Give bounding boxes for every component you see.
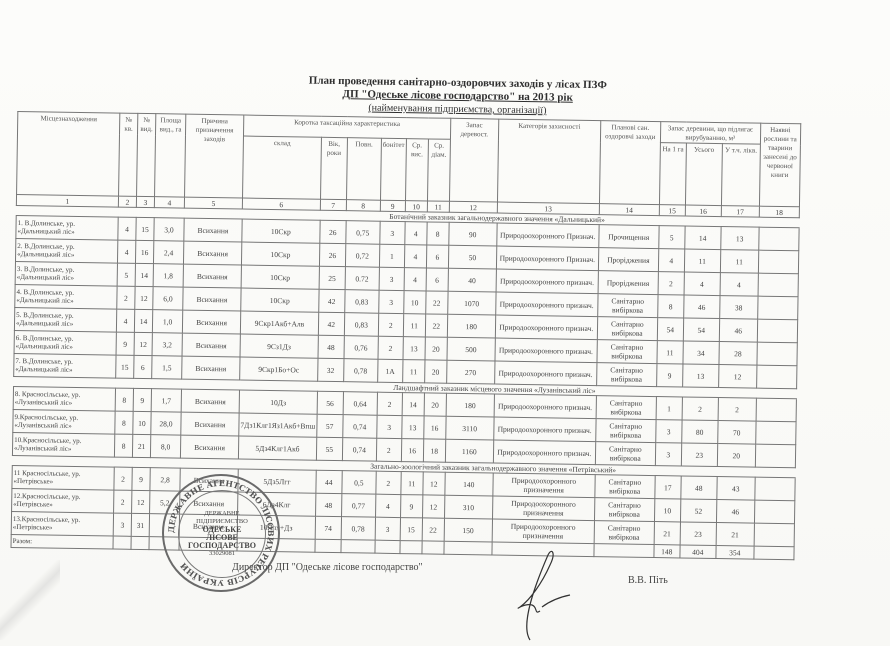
header-total: Усього [685, 143, 722, 206]
cell-loc: 5. В.Долинське, ур. «Дальницький ліс» [14, 307, 116, 332]
cell-red [755, 444, 795, 468]
cell-vyd: 15 [136, 217, 154, 240]
cell-age: 55 [316, 437, 342, 460]
header-age: Вік, роки [320, 137, 347, 199]
cell-per_ha: 21 [654, 522, 680, 545]
cell-reason: Всихання [182, 310, 240, 334]
stamp-code: 33029081 [184, 550, 260, 558]
cell-per_ha: 2 [658, 272, 684, 295]
cell-measure: Проріджения [598, 248, 658, 272]
cell-liq: 12 [718, 365, 756, 389]
cell-h: 15 [400, 518, 422, 541]
cell-reason: Всихання [181, 412, 239, 436]
cell-age: 48 [315, 493, 341, 516]
cell-measure: Санітарно вибіркова [594, 521, 654, 545]
cell-red [757, 319, 797, 343]
cell-total: 48 [681, 476, 717, 500]
cell-area: 3,2 [152, 333, 182, 356]
cell-sklad: 5Дз4Клг1Акб [238, 436, 316, 460]
cell-total: 13 [682, 364, 718, 388]
cell-measure: Санітарно вибіркова [597, 340, 657, 364]
cell-h: 4 [404, 245, 426, 268]
cell-reason: Всихання [183, 241, 241, 265]
cell-total: 54 [683, 318, 719, 342]
stamp-line-4: ГОСПОДАРСТВО [184, 542, 260, 550]
cell-bon: 3 [378, 290, 403, 313]
cell-bon: 3 [377, 415, 402, 438]
cell-kv: 5 [117, 263, 135, 286]
cell-per_ha: 54 [657, 318, 683, 341]
totals-cell-red [754, 546, 794, 560]
cell-povn: 0,5 [342, 471, 376, 495]
cell-zapas: 50 [448, 245, 496, 269]
cell-d: 6 [426, 245, 448, 268]
cell-d: 20 [424, 360, 446, 383]
column-number: 17 [721, 206, 759, 218]
cell-bon: 2 [376, 438, 401, 461]
cell-per_ha: 3 [655, 420, 681, 443]
totals-cell-zapas [444, 541, 492, 555]
cell-liq: 70 [717, 421, 755, 445]
cell-reason: Всихання [183, 264, 241, 288]
cell-cat: Природоохоронного призначення [492, 519, 594, 544]
cell-per_ha: 8 [657, 295, 683, 318]
cell-reason: Всихання [180, 435, 238, 459]
totals-cell-per_ha: 148 [654, 545, 680, 558]
header-area: Площа вид., га [155, 114, 186, 197]
cell-vyd: 14 [134, 309, 152, 332]
totals-cell-loc: Разом: [11, 534, 113, 549]
cell-povn: 0,75 [346, 221, 380, 245]
cell-loc: 11 Красносільське, ур. «Петрівське» [12, 465, 114, 490]
header-avg-diam: Ср. діам. [427, 139, 450, 201]
cell-sklad: 9Скр1Акб+Алв [240, 311, 318, 335]
cell-h: 10 [403, 291, 425, 314]
cell-zapas: 150 [444, 518, 492, 542]
cell-d: 18 [423, 439, 445, 462]
cell-bon: 3 [379, 267, 404, 290]
totals-cell-age [315, 539, 341, 552]
header-per-ha: На 1 га [659, 143, 686, 205]
cell-area: 8,0 [150, 435, 180, 458]
cell-measure: Санітарно вибіркова [595, 419, 655, 443]
cell-age: 42 [318, 312, 344, 335]
column-number: 12 [449, 201, 497, 213]
cell-kv: 8 [115, 411, 133, 434]
cell-d: 22 [422, 518, 444, 541]
cell-cat: Природоохоронного Признач. [496, 246, 598, 271]
cell-d: 20 [424, 393, 446, 416]
cell-vyd: 9 [133, 388, 151, 411]
cell-red [758, 273, 798, 297]
cell-liq: 4 [720, 273, 758, 297]
cell-sklad: 9Скр1Бо+Ос [240, 357, 318, 381]
cell-age: 57 [317, 414, 343, 437]
cell-povn: 0,64 [343, 392, 377, 416]
cell-povn: 0,78 [343, 359, 377, 383]
column-number: 2 [118, 196, 136, 207]
cell-liq: 13 [721, 227, 759, 251]
cell-red [754, 500, 794, 524]
cell-area: 1,0 [152, 310, 182, 333]
cell-zapas: 140 [445, 472, 493, 496]
cell-zapas: 1160 [445, 439, 493, 463]
cell-zapas: 3110 [446, 416, 494, 440]
cell-d: 16 [424, 416, 446, 439]
stamp-center: ДЕРЖАВНЕ ПІДПРИЄМСТВО ОДЕСЬКЕ ЛІСОВЕ ГОС… [184, 510, 260, 558]
cell-h: 4 [404, 268, 426, 291]
scanned-page: План проведення санітарно-оздоровчих зах… [0, 0, 890, 646]
cell-povn: 0,83 [344, 313, 378, 337]
header-kv: № кв. [119, 113, 138, 196]
cell-zapas: 180 [447, 314, 495, 338]
cell-loc: 8. Красносільське, ур. «Лузанівський ліс… [13, 386, 115, 411]
cell-red [756, 365, 796, 389]
cell-sklad: 7Дз1Клг1Яз1Акб+Впш [239, 413, 317, 437]
totals-cell-h [400, 541, 422, 554]
cell-liq: 11 [720, 250, 758, 274]
cell-d: 12 [423, 472, 445, 495]
cell-sklad: 10Скр [241, 288, 319, 312]
cell-d: 6 [426, 268, 448, 291]
cell-bon: 2 [378, 313, 403, 336]
cell-liq: 46 [719, 319, 757, 343]
cell-cat: Природоохоронного признач. [494, 394, 596, 419]
cell-measure: Санітарно вибіркова [595, 475, 655, 499]
cell-vyd: 21 [132, 434, 150, 457]
cell-total: 4 [684, 272, 720, 296]
cell-loc: 12.Красносільське, ур. «Петрівське» [12, 488, 114, 513]
cell-vyd: 31 [131, 513, 149, 536]
table-body: Ботанічний заказник загальнодержавного з… [11, 205, 799, 559]
cell-per_ha: 4 [658, 249, 684, 272]
cell-kv: 8 [114, 434, 132, 457]
column-number: 4 [154, 197, 184, 208]
cell-measure: Санітарно вибіркова [595, 442, 655, 466]
cell-loc: 3. В.Долинське, ур. «Дальницький ліс» [15, 261, 117, 286]
cell-loc: 10.Красносільське, ур. «Лузанівський ліс… [12, 432, 114, 457]
cell-kv: 2 [117, 286, 135, 309]
signature-icon [490, 545, 610, 645]
cell-vyd: 9 [132, 467, 150, 490]
cell-red [758, 250, 798, 274]
cell-area: 2,4 [153, 241, 183, 264]
cell-sklad: 10Дз [239, 390, 317, 414]
totals-cell-kv [113, 536, 131, 549]
cell-age: 25 [319, 266, 345, 289]
cell-cat: Природоохоронного признач. [493, 417, 595, 442]
cell-per_ha: 17 [655, 476, 681, 499]
cell-age: 42 [318, 289, 344, 312]
cell-kv: 3 [113, 513, 131, 536]
cell-measure: Санітарно вибіркова [596, 396, 656, 420]
cell-h: 11 [401, 472, 423, 495]
cell-bon: 2 [377, 392, 402, 415]
cell-reason: Всихання [181, 389, 239, 413]
signer-name: В.В. Піть [628, 575, 668, 586]
cell-kv: 4 [117, 240, 135, 263]
cell-h: 11 [402, 360, 424, 383]
cell-red [755, 421, 795, 445]
header-reason: Причина призначення заходів [185, 114, 244, 198]
cell-per_ha: 5 [659, 226, 685, 249]
totals-cell-bon [375, 540, 400, 553]
cell-red [756, 398, 796, 422]
cell-measure: Санітарно вибіркова [594, 498, 654, 522]
cell-h: 4 [405, 222, 427, 245]
cell-total: 80 [681, 420, 717, 444]
cell-reason: Всихання [182, 333, 240, 357]
cell-loc: 2. В.Долинське, ур. «Дальницький ліс» [15, 238, 117, 263]
column-number: 18 [759, 206, 799, 218]
cell-measure: Проріджения [598, 271, 658, 295]
cell-povn: 0,72 [345, 244, 379, 268]
totals-cell-d [422, 541, 444, 554]
cell-loc: 9.Красносільське, ур. «Лузанівський ліс» [13, 409, 115, 434]
cell-cat: Природоохоронного признач. [494, 361, 596, 386]
cell-sklad: 9Сз1Дз [240, 334, 318, 358]
cell-kv: 15 [116, 355, 134, 378]
cell-red [757, 296, 797, 320]
column-number: 3 [136, 196, 154, 207]
header-volume-group: Запас деревини, що підлягає вирубуванню,… [660, 122, 760, 145]
cell-total: 46 [683, 295, 719, 319]
cell-zapas: 1070 [447, 291, 495, 315]
cell-per_ha: 3 [655, 443, 681, 466]
cell-kv: 4 [116, 309, 134, 332]
cell-vyd: 12 [132, 490, 150, 513]
cell-cat: Природоохоронного признач. [493, 440, 595, 465]
header-category: Категорія захисності [497, 119, 600, 204]
cell-area: 6,0 [153, 287, 183, 310]
cell-sklad: 10Скр [242, 219, 320, 243]
column-number: 14 [599, 204, 659, 216]
cell-cat: Природоохоронного Признач. [497, 223, 599, 248]
cell-bon: 1А [377, 359, 402, 382]
cell-kv: 4 [118, 217, 136, 240]
totals-cell-vyd [131, 536, 149, 549]
cell-age: 26 [320, 220, 346, 243]
cell-bon: 2 [378, 336, 403, 359]
cell-povn: 0,74 [343, 415, 377, 439]
totals-cell-total: 404 [680, 545, 716, 559]
cell-liq: 2 [718, 398, 756, 422]
cell-total: 11 [684, 249, 720, 273]
header-density: Повн. [346, 138, 381, 201]
cell-red [757, 342, 797, 366]
official-stamp: ДЕРЖАВНЕ АГЕНТСТВО ЛІСОВИХ РЕСУРСІВ УКРА… [162, 474, 280, 592]
cell-kv: 2 [114, 467, 132, 490]
column-number: 8 [346, 200, 380, 212]
cell-loc: 13.Красносільське, ур. «Петрівське» [11, 511, 113, 536]
cell-age: 26 [319, 243, 345, 266]
header-stock: Запас деревост. [449, 118, 498, 202]
cell-red [755, 477, 795, 501]
cell-total: 34 [683, 341, 719, 365]
cell-measure: Санітарно вибіркова [597, 317, 657, 341]
cell-age: 56 [317, 391, 343, 414]
cell-per_ha: 10 [654, 499, 680, 522]
cell-red [759, 227, 799, 251]
cell-area: 1,5 [152, 356, 182, 379]
cell-povn: 0,76 [344, 336, 378, 360]
cell-vyd: 6 [134, 355, 152, 378]
cell-loc: 4. В.Долинське, ур. «Дальницький ліс» [15, 284, 117, 309]
cell-total: 2 [682, 397, 718, 421]
column-number: 10 [405, 201, 427, 212]
cell-age: 44 [316, 470, 342, 493]
cell-h: 16 [401, 439, 423, 462]
measures-table: Місцезнаходження № кв. № вид. Площа вид.… [10, 111, 801, 560]
stamp-line-1: ДЕРЖАВНЕ ПІДПРИЄМСТВО [184, 510, 260, 526]
cell-area: 1,8 [153, 264, 183, 287]
cell-povn: 0,74 [342, 438, 376, 462]
cell-zapas: 180 [446, 393, 494, 417]
cell-liq: 43 [717, 477, 755, 501]
cell-red [754, 523, 794, 547]
cell-sklad: 10Скр [241, 242, 319, 266]
cell-measure: Санітарно вибіркова [597, 294, 657, 318]
cell-bon: 1 [379, 244, 404, 267]
cell-sklad: 10Скр [241, 265, 319, 289]
cell-cat: Природоохоронного призначення [492, 496, 594, 521]
header-composition: склад [243, 136, 322, 199]
cell-liq: 20 [717, 444, 755, 468]
cell-per_ha: 9 [656, 364, 682, 387]
cell-zapas: 270 [446, 360, 494, 384]
cell-reason: Всихання [184, 218, 242, 242]
cell-cat: Природоохоронного признач. [495, 292, 597, 317]
cell-total: 52 [680, 499, 716, 523]
header-liquid: У т.ч. лікв. [721, 144, 760, 207]
cell-bon: 3 [375, 517, 400, 540]
cell-age: 32 [317, 358, 343, 381]
cell-povn: 0,77 [341, 494, 375, 518]
cell-reason: Всихання [182, 356, 240, 380]
column-number: 7 [320, 199, 346, 210]
header-measures: Планові сан. оздоровчі заходи [599, 121, 660, 205]
cell-vyd: 12 [134, 332, 152, 355]
cell-d: 22 [425, 314, 447, 337]
cell-reason: Всихання [183, 287, 241, 311]
cell-vyd: 16 [135, 240, 153, 263]
cell-cat: Природоохоронного призначення [493, 473, 595, 498]
cell-bon: 4 [375, 494, 400, 517]
totals-cell-povn [341, 540, 375, 554]
header-location: Місцезнаходження [17, 112, 120, 197]
header-vyd: № вид. [137, 113, 156, 196]
totals-cell-liq: 354 [716, 546, 754, 560]
cell-total: 14 [685, 226, 721, 250]
cell-kv: 9 [116, 332, 134, 355]
header-red-book: Наявні рослини та тварини занесені до че… [759, 123, 800, 207]
cell-h: 13 [403, 337, 425, 360]
cell-area: 1,7 [151, 389, 181, 412]
column-number: 11 [427, 201, 449, 212]
cell-h: 13 [402, 416, 424, 439]
cell-d: 8 [427, 222, 449, 245]
header-avg-height: Ср. вис. [405, 139, 428, 201]
cell-zapas: 40 [448, 268, 496, 292]
cell-zapas: 310 [444, 495, 492, 519]
cell-age: 74 [315, 516, 341, 539]
cell-liq: 46 [716, 500, 754, 524]
cell-povn: 0,83 [344, 290, 378, 314]
column-number: 5 [184, 197, 242, 209]
cell-measure: Санітарно вибіркова [596, 363, 656, 387]
cell-area: 3,0 [154, 218, 184, 241]
cell-liq: 28 [719, 342, 757, 366]
column-number: 9 [380, 200, 405, 211]
cell-per_ha: 11 [657, 341, 683, 364]
cell-cat: Природоохоронного признач. [496, 269, 598, 294]
document: План проведення санітарно-оздоровчих зах… [10, 70, 890, 562]
cell-povn: 0,78 [341, 517, 375, 541]
cell-age: 48 [318, 335, 344, 358]
cell-total: 23 [681, 443, 717, 467]
paper-fold [0, 560, 60, 640]
cell-area: 28,0 [151, 412, 181, 435]
cell-total: 23 [680, 522, 716, 546]
column-number: 16 [685, 205, 721, 217]
cell-d: 22 [425, 291, 447, 314]
cell-d: 20 [425, 337, 447, 360]
cell-vyd: 12 [135, 286, 153, 309]
cell-cat: Природоохоронного признач. [495, 338, 597, 363]
cell-per_ha: 1 [656, 397, 682, 420]
column-number: 15 [659, 205, 685, 216]
cell-povn: 0.72 [345, 267, 379, 291]
header-bonitet: бонітет [380, 138, 406, 200]
cell-kv: 8 [115, 388, 133, 411]
cell-cat: Природоохоронного признач. [495, 315, 597, 340]
cell-vyd: 14 [135, 263, 153, 286]
cell-h: 11 [403, 314, 425, 337]
cell-h: 9 [400, 495, 422, 518]
cell-loc: 6. В.Долинське, ур. «Дальницький ліс» [14, 330, 116, 355]
cell-liq: 38 [719, 296, 757, 320]
cell-liq: 21 [716, 523, 754, 547]
cell-kv: 2 [114, 490, 132, 513]
cell-bon: 2 [376, 471, 401, 494]
cell-bon: 3 [380, 221, 405, 244]
cell-h: 14 [402, 393, 424, 416]
cell-zapas: 90 [449, 222, 497, 246]
cell-zapas: 500 [447, 337, 495, 361]
cell-loc: 7. В.Долинське, ур. «Дальницький ліс» [14, 353, 116, 378]
cell-measure: Прочищення [599, 225, 659, 249]
cell-d: 12 [422, 495, 444, 518]
director-caption: Директор ДП "Одеське лісове господарство… [232, 562, 423, 573]
cell-vyd: 10 [133, 411, 151, 434]
cell-loc: 1. В.Долинське, ур. «Дальницький ліс» [16, 215, 118, 240]
